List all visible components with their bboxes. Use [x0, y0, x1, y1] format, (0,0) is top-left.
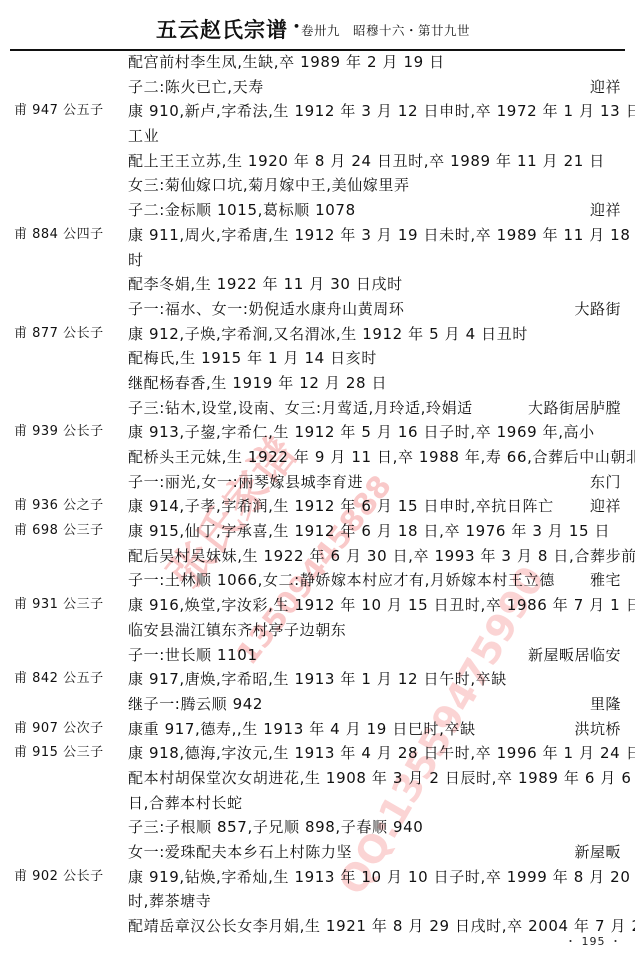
entry-text: 康 910,新卢,字希法,生 1912 年 3 月 12 日申时,卒 1972 …	[128, 99, 635, 124]
parent-reference: 甫 939 公长子	[14, 420, 104, 445]
entry-text: 时,葬茶塘寺	[128, 889, 211, 914]
residence-location: 大路街	[574, 297, 621, 322]
title-separator-dot: •	[293, 20, 300, 33]
entry-line: 子二:金标顺 1015,葛标顺 1078迎祥	[0, 198, 635, 223]
entry-text: 康 911,周火,字希唐,生 1912 年 3 月 19 日未时,卒 1989 …	[128, 223, 635, 248]
parent-reference: 甫 877 公长子	[14, 322, 104, 347]
entry-line: 甫 842 公五子康 917,唐焕,字希昭,生 1913 年 1 月 12 日午…	[0, 667, 635, 692]
entry-text: 时	[128, 248, 144, 273]
entry-line: 继配杨春香,生 1919 年 12 月 28 日	[0, 371, 635, 396]
entry-line: 继子一:腾云顺 942里隆	[0, 692, 635, 717]
entry-text: 配宫前村李生凤,生缺,卒 1989 年 2 月 19 日	[128, 50, 445, 75]
entry-text: 配靖岳章汉公长女李月娟,生 1921 年 8 月 29 日戌时,卒 2004 年…	[128, 914, 635, 939]
parent-reference: 甫 915 公三子	[14, 741, 104, 766]
entry-text: 康 917,唐焕,字希昭,生 1913 年 1 月 12 日午时,卒缺	[128, 667, 507, 692]
residence-location: 迎祥	[590, 75, 621, 100]
entry-text: 康 916,焕堂,字汝彩,生 1912 年 10 月 15 日丑时,卒 1986…	[128, 593, 635, 618]
residence-location: 新屋畈居临安	[528, 643, 621, 668]
entry-text: 继子一:腾云顺 942	[128, 692, 263, 717]
residence-location: 洪坑桥	[574, 717, 621, 742]
entry-text: 配后吴村吴妹妹,生 1922 年 6 月 30 日,卒 1993 年 3 月 8…	[128, 544, 635, 569]
entry-text: 康 913,子鋆,字希仁,生 1912 年 5 月 16 日子时,卒 1969 …	[128, 420, 595, 445]
entry-line: 甫 936 公之子康 914,子孝,字希润,生 1912 年 6 月 15 日申…	[0, 494, 635, 519]
page-number: ・ 195 ・	[565, 933, 622, 949]
entry-line: 子一:丽光,女一:丽琴嫁县城李育进东门	[0, 470, 635, 495]
entry-line: 配靖岳章汉公长女李月娟,生 1921 年 8 月 29 日戌时,卒 2004 年…	[0, 914, 635, 939]
residence-location: 迎祥	[590, 494, 621, 519]
entry-text: 子一:福水、女一:奶倪适水康舟山黄周环	[128, 297, 405, 322]
entry-text: 子一:丽光,女一:丽琴嫁县城李育进	[128, 470, 363, 495]
entry-line: 甫 939 公长子康 913,子鋆,字希仁,生 1912 年 5 月 16 日子…	[0, 420, 635, 445]
entry-line: 配宫前村李生凤,生缺,卒 1989 年 2 月 19 日	[0, 50, 635, 75]
entry-text: 配李冬娟,生 1922 年 11 月 30 日戌时	[128, 272, 403, 297]
entry-text: 继配杨春香,生 1919 年 12 月 28 日	[128, 371, 387, 396]
parent-reference: 甫 698 公三子	[14, 519, 104, 544]
genealogy-entries: 配宫前村李生凤,生缺,卒 1989 年 2 月 19 日子二:陈火已亡,天寿迎祥…	[0, 50, 635, 939]
book-title: 五云赵氏宗谱	[156, 14, 288, 44]
residence-location: 大路街居胪膛	[528, 396, 621, 421]
entry-line: 甫 698 公三子康 915,仙丁,字承喜,生 1912 年 6 月 18 日,…	[0, 519, 635, 544]
entry-line: 子三:子根顺 857,子兄顺 898,子春顺 940	[0, 815, 635, 840]
parent-reference: 甫 907 公次子	[14, 717, 104, 742]
parent-reference: 甫 947 公五子	[14, 99, 104, 124]
entry-text: 子二:金标顺 1015,葛标顺 1078	[128, 198, 356, 223]
entry-text: 康 912,子焕,字希涧,又名渭冰,生 1912 年 5 月 4 日丑时	[128, 322, 528, 347]
entry-text: 工业	[128, 124, 159, 149]
residence-location: 里隆	[590, 692, 621, 717]
entry-text: 康 915,仙丁,字承喜,生 1912 年 6 月 18 日,卒 1976 年 …	[128, 519, 610, 544]
entry-line: 配上王王立苏,生 1920 年 8 月 24 日丑时,卒 1989 年 11 月…	[0, 149, 635, 174]
entry-text: 临安县湍江镇东齐村亭子边朝东	[128, 618, 346, 643]
entry-text: 日,合葬本村长蛇	[128, 791, 243, 816]
entry-line: 甫 902 公长子康 919,钻焕,字希灿,生 1913 年 10 月 10 日…	[0, 865, 635, 890]
entry-text: 配上王王立苏,生 1920 年 8 月 24 日丑时,卒 1989 年 11 月…	[128, 149, 605, 174]
parent-reference: 甫 842 公五子	[14, 667, 104, 692]
entry-line: 子一:福水、女一:奶倪适水康舟山黄周环大路街	[0, 297, 635, 322]
parent-reference: 甫 931 公三子	[14, 593, 104, 618]
entry-line: 日,合葬本村长蛇	[0, 791, 635, 816]
entry-text: 配梅氏,生 1915 年 1 月 14 日亥时	[128, 346, 377, 371]
entry-line: 子二:陈火已亡,天寿迎祥	[0, 75, 635, 100]
entry-line: 时,葬茶塘寺	[0, 889, 635, 914]
entry-line: 临安县湍江镇东齐村亭子边朝东	[0, 618, 635, 643]
entry-text: 子一:世长顺 1101	[128, 643, 258, 668]
entry-text: 配桥头王元妹,生 1922 年 9 月 11 日,卒 1988 年,寿 66,合…	[128, 445, 635, 470]
entry-line: 配后吴村吴妹妹,生 1922 年 6 月 30 日,卒 1993 年 3 月 8…	[0, 544, 635, 569]
entry-line: 时	[0, 248, 635, 273]
entry-text: 女一:爱珠配夫本乡石上村陈力坚	[128, 840, 352, 865]
entry-text: 子三:钻木,设堂,设南、女三:月莺适,月玲适,玲娟适	[128, 396, 473, 421]
residence-location: 新屋畈	[574, 840, 621, 865]
page-header: 五云赵氏宗谱 • 卷卅九 昭穆十六・第廿九世	[0, 8, 635, 40]
entry-line: 配李冬娟,生 1922 年 11 月 30 日戌时	[0, 272, 635, 297]
parent-reference: 甫 902 公长子	[14, 865, 104, 890]
entry-line: 子一:世长顺 1101新屋畈居临安	[0, 643, 635, 668]
entry-line: 甫 877 公长子康 912,子焕,字希涧,又名渭冰,生 1912 年 5 月 …	[0, 322, 635, 347]
entry-line: 甫 907 公次子康重 917,德寿,,生 1913 年 4 月 19 日巳时,…	[0, 717, 635, 742]
residence-location: 迎祥	[590, 198, 621, 223]
entry-line: 女一:爱珠配夫本乡石上村陈力坚新屋畈	[0, 840, 635, 865]
entry-text: 子二:陈火已亡,天寿	[128, 75, 264, 100]
entry-text: 子一:土林顺 1066,女二:静娇嫁本村应才有,月娇嫁本村王立德	[128, 568, 555, 593]
entry-text: 康 919,钻焕,字希灿,生 1913 年 10 月 10 日子时,卒 1999…	[128, 865, 635, 890]
entry-line: 女三:菊仙嫁口坑,菊月嫁中王,美仙嫁里弄	[0, 173, 635, 198]
entry-text: 康重 917,德寿,,生 1913 年 4 月 19 日巳时,卒缺	[128, 717, 476, 742]
residence-location: 雅宅	[590, 568, 621, 593]
entry-text: 子三:子根顺 857,子兄顺 898,子春顺 940	[128, 815, 423, 840]
entry-text: 康 918,德海,字汝元,生 1913 年 4 月 28 日午时,卒 1996 …	[128, 741, 635, 766]
entry-line: 配桥头王元妹,生 1922 年 9 月 11 日,卒 1988 年,寿 66,合…	[0, 445, 635, 470]
entry-line: 子三:钻木,设堂,设南、女三:月莺适,月玲适,玲娟适大路街居胪膛	[0, 396, 635, 421]
entry-line: 配本村胡保堂次女胡进花,生 1908 年 3 月 2 日辰时,卒 1989 年 …	[0, 766, 635, 791]
entry-line: 配梅氏,生 1915 年 1 月 14 日亥时	[0, 346, 635, 371]
entry-line: 甫 931 公三子康 916,焕堂,字汝彩,生 1912 年 10 月 15 日…	[0, 593, 635, 618]
volume-generation-subtitle: 卷卅九 昭穆十六・第廿九世	[301, 21, 470, 39]
entry-text: 康 914,子孝,字希润,生 1912 年 6 月 15 日申时,卒抗日阵亡	[128, 494, 554, 519]
entry-line: 甫 915 公三子康 918,德海,字汝元,生 1913 年 4 月 28 日午…	[0, 741, 635, 766]
residence-location: 东门	[590, 470, 621, 495]
entry-text: 配本村胡保堂次女胡进花,生 1908 年 3 月 2 日辰时,卒 1989 年 …	[128, 766, 632, 791]
entry-line: 子一:土林顺 1066,女二:静娇嫁本村应才有,月娇嫁本村王立德雅宅	[0, 568, 635, 593]
parent-reference: 甫 884 公四子	[14, 223, 104, 248]
entry-line: 甫 947 公五子康 910,新卢,字希法,生 1912 年 3 月 12 日申…	[0, 99, 635, 124]
entry-line: 工业	[0, 124, 635, 149]
entry-line: 甫 884 公四子康 911,周火,字希唐,生 1912 年 3 月 19 日未…	[0, 223, 635, 248]
entry-text: 女三:菊仙嫁口坑,菊月嫁中王,美仙嫁里弄	[128, 173, 410, 198]
parent-reference: 甫 936 公之子	[14, 494, 104, 519]
